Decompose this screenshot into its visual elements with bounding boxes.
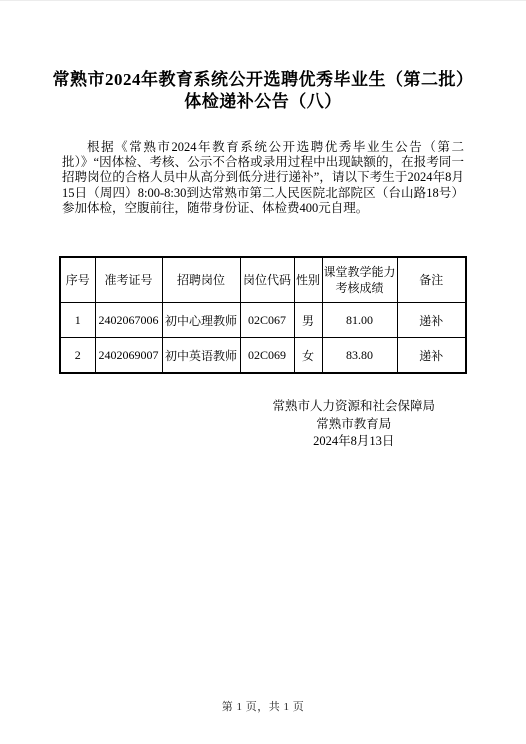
page-title: 常熟市2024年教育系统公开选聘优秀毕业生（第二批） 体检递补公告（八） [0, 1, 526, 113]
cell-remark: 递补 [397, 338, 466, 374]
header-cell-position-code: 岗位代码 [240, 257, 294, 303]
page-title-line2: 体检递补公告（八） [0, 91, 526, 113]
table-header-row: 序号 准考证号 招聘岗位 岗位代码 性别 课堂教学能力考核成绩 备注 [60, 257, 466, 303]
cell-index: 1 [60, 303, 95, 338]
header-cell-remark: 备注 [397, 257, 466, 303]
cell-remark: 递补 [397, 303, 466, 338]
header-cell-exam-number: 准考证号 [95, 257, 162, 303]
cell-position: 初中英语教师 [162, 338, 240, 374]
cell-exam-number: 2402067006 [95, 303, 162, 338]
candidates-table: 序号 准考证号 招聘岗位 岗位代码 性别 课堂教学能力考核成绩 备注 1 240… [59, 256, 467, 374]
signature-org-hrss: 常熟市人力资源和社会保障局 [272, 398, 435, 416]
page-title-line1: 常熟市2024年教育系统公开选聘优秀毕业生（第二批） [0, 69, 526, 91]
header-cell-score: 课堂教学能力考核成绩 [322, 257, 397, 303]
cell-gender: 男 [294, 303, 322, 338]
header-cell-position: 招聘岗位 [162, 257, 240, 303]
announcement-paragraph: 根据《常熟市2024年教育系统公开选聘优秀毕业生公告（第二批）》“因体检、考核、… [62, 140, 464, 216]
table-row: 2 2402069007 初中英语教师 02C069 女 83.80 递补 [60, 338, 466, 374]
cell-position-code: 02C067 [240, 303, 294, 338]
cell-score: 83.80 [322, 338, 397, 374]
header-cell-gender: 性别 [294, 257, 322, 303]
signature-date: 2024年8月13日 [272, 433, 435, 451]
cell-gender: 女 [294, 338, 322, 374]
cell-position-code: 02C069 [240, 338, 294, 374]
cell-index: 2 [60, 338, 95, 374]
table-row: 1 2402067006 初中心理教师 02C067 男 81.00 递补 [60, 303, 466, 338]
signature-block: 常熟市人力资源和社会保障局 常熟市教育局 2024年8月13日 [272, 398, 435, 451]
page-footer: 第 1 页，共 1 页 [0, 698, 526, 714]
document-page: 常熟市2024年教育系统公开选聘优秀毕业生（第二批） 体检递补公告（八） 根据《… [0, 0, 526, 744]
header-cell-index: 序号 [60, 257, 95, 303]
cell-position: 初中心理教师 [162, 303, 240, 338]
cell-exam-number: 2402069007 [95, 338, 162, 374]
signature-org-education: 常熟市教育局 [272, 416, 435, 434]
cell-score: 81.00 [322, 303, 397, 338]
